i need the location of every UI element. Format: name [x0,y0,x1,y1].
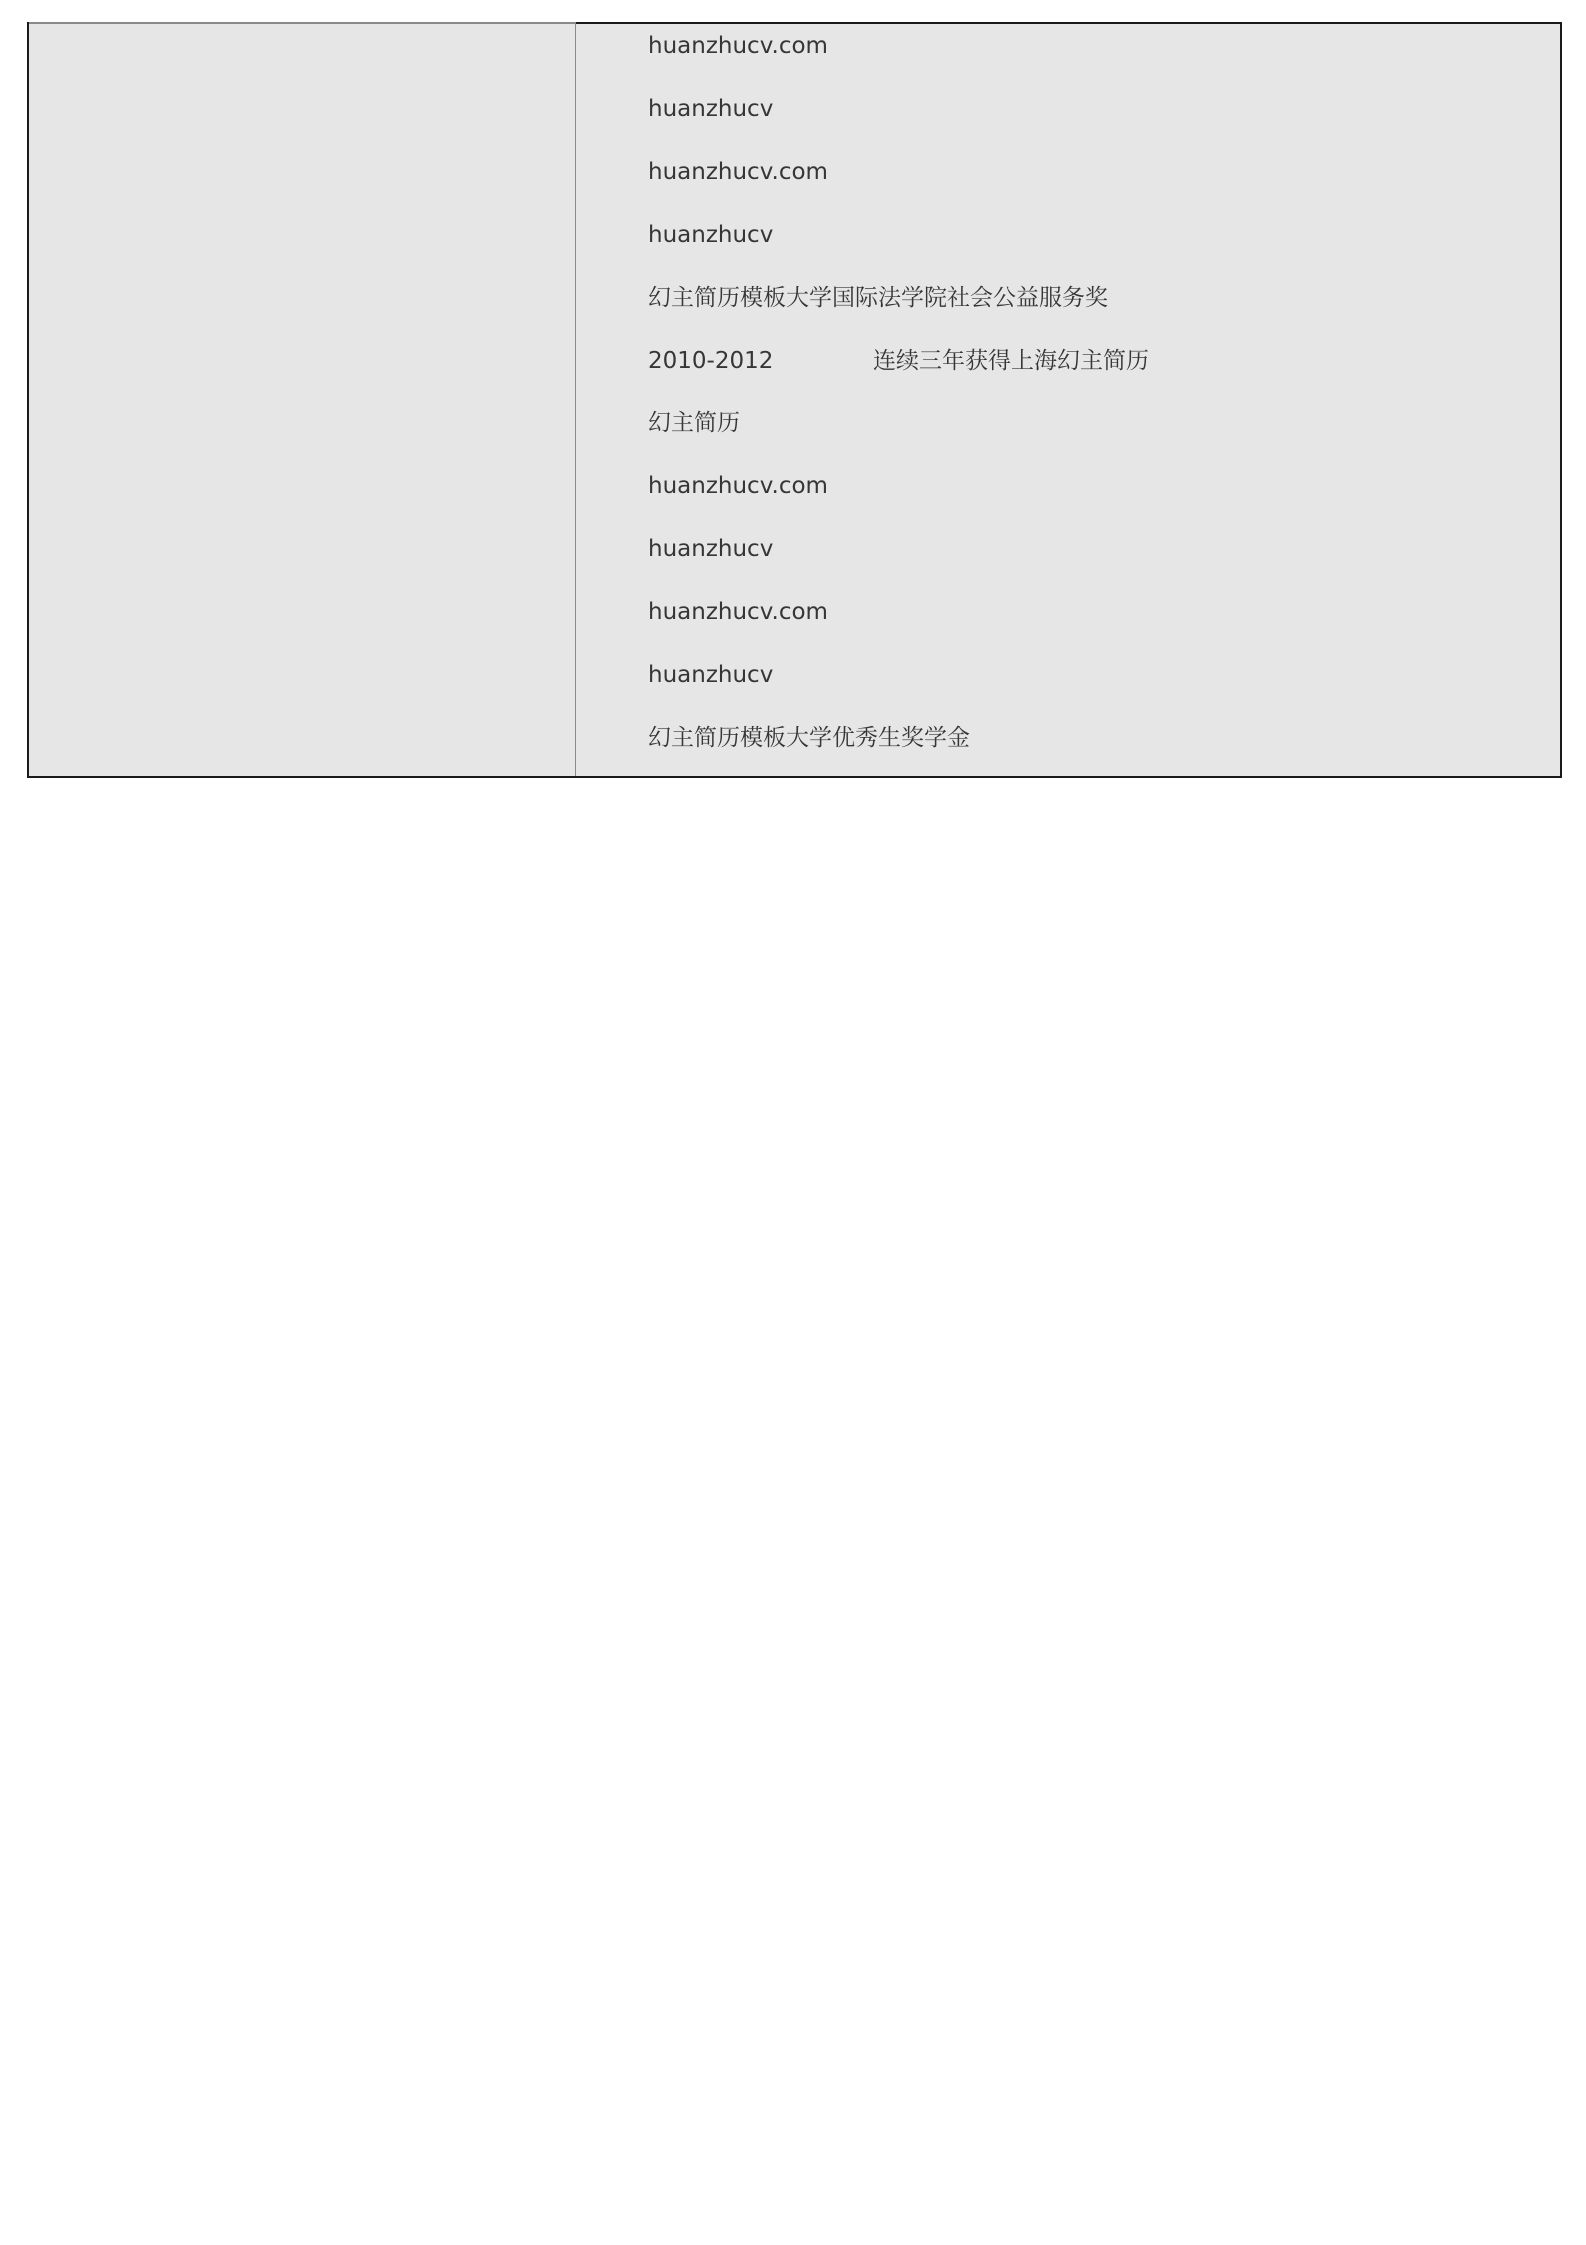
entry-text: huanzhucv.com [648,33,828,59]
right-column-cell: huanzhucv.com huanzhucv huanzhucv.com hu… [576,22,1560,776]
left-column-cell [29,22,576,776]
resume-table: huanzhucv.com huanzhucv huanzhucv.com hu… [27,22,1562,778]
list-item: huanzhucv.com [648,157,828,187]
list-item: 幻主简历模板大学优秀生奖学金 [648,723,970,753]
list-item: huanzhucv.com [648,471,828,501]
entry-text: 连续三年获得上海幻主简历 [873,348,1149,374]
list-item: huanzhucv [648,660,773,690]
entry-text: 幻主简历模板大学国际法学院社会公益服务奖 [648,285,1108,311]
list-item: huanzhucv.com [648,597,828,627]
list-item: 幻主简历模板大学国际法学院社会公益服务奖 [648,283,1108,313]
entry-text: huanzhucv [648,536,773,562]
entry-text: 幻主简历 [648,410,740,436]
list-item: 幻主简历 [648,408,740,438]
list-item: huanzhucv.com [648,31,828,61]
entry-text: huanzhucv.com [648,473,828,499]
entry-text: huanzhucv.com [648,599,828,625]
list-item: huanzhucv [648,94,773,124]
list-item: huanzhucv [648,534,773,564]
entry-text: huanzhucv [648,96,773,122]
entry-text: 幻主简历模板大学优秀生奖学金 [648,725,970,751]
entry-date: 2010-2012 [648,346,873,376]
list-item: 2010-2012连续三年获得上海幻主简历 [648,346,1149,376]
entry-text: huanzhucv [648,222,773,248]
list-item: huanzhucv [648,220,773,250]
entry-text: huanzhucv.com [648,159,828,185]
entry-text: huanzhucv [648,662,773,688]
